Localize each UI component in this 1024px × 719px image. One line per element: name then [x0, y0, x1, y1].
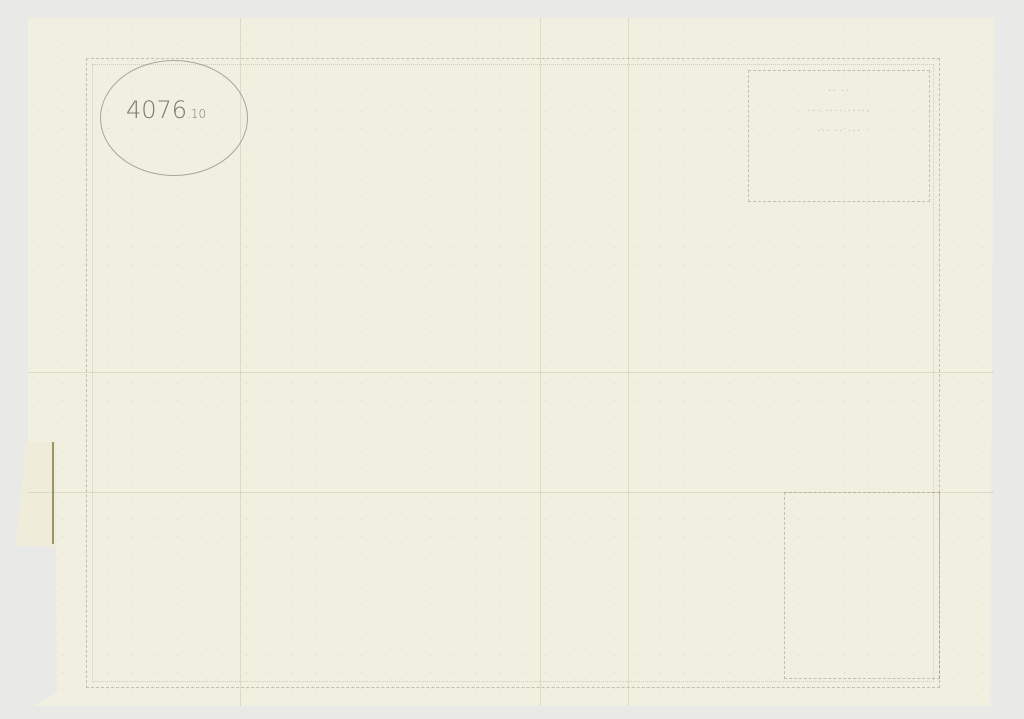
cartouche-line: ··· ·· ···	[749, 125, 929, 137]
cartouche-line: ··· ···· ·····	[749, 105, 929, 117]
tab-fold-edge	[52, 442, 54, 544]
pencil-inventory-number: 4076.10	[126, 96, 206, 124]
inventory-number: 4076	[126, 96, 187, 124]
paper-tab	[16, 442, 56, 546]
inventory-suffix: .10	[187, 107, 206, 121]
inset-map-showthrough	[784, 492, 940, 679]
cartouche-line: ·· ··	[749, 85, 929, 97]
title-cartouche-showthrough: ·· ·· ··· ···· ····· ··· ·· ···	[748, 70, 930, 202]
